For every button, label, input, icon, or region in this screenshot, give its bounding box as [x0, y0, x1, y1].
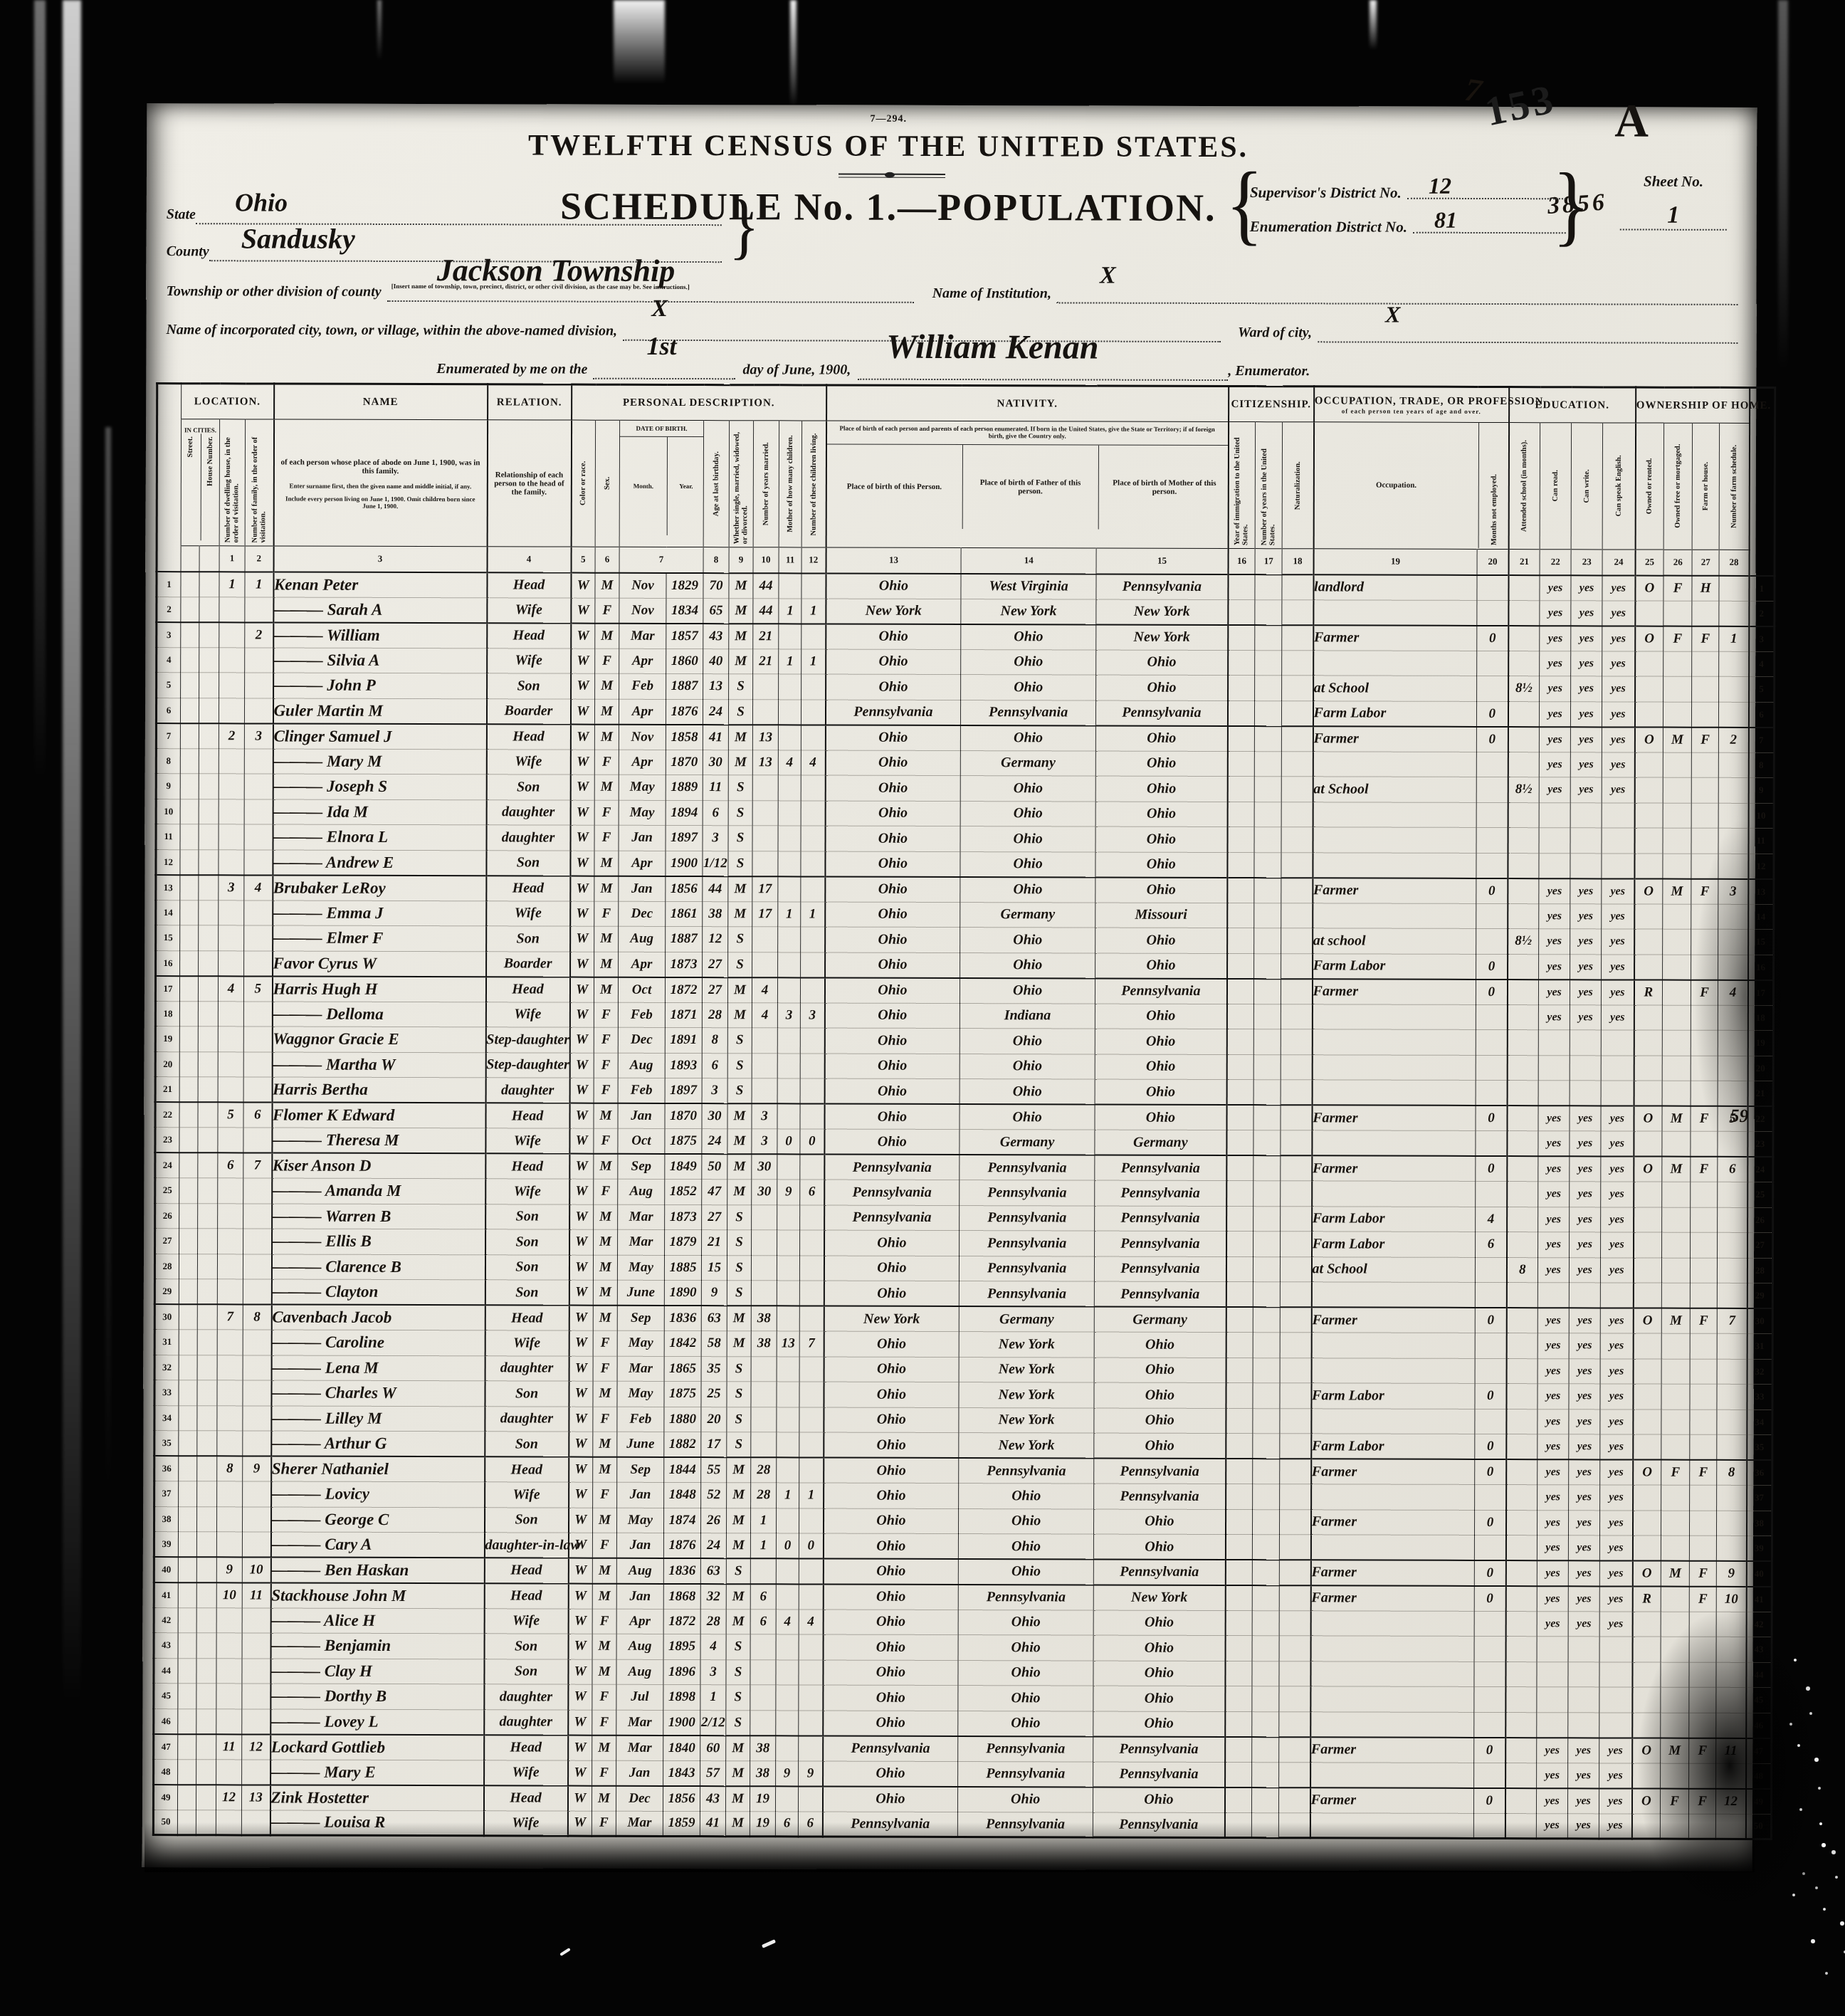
cell-years_in_us: [1253, 1155, 1281, 1181]
cell-relation: Son: [485, 1204, 569, 1229]
cell-house: [198, 1051, 218, 1077]
cell-sex: M: [593, 1432, 617, 1457]
enumerated-pre: Enumerated by me on the: [436, 361, 587, 379]
cell-sex: F: [593, 1330, 617, 1356]
cell-line: 16: [156, 950, 180, 976]
col16-header: Year of immigration to the United States…: [1228, 422, 1255, 549]
cell-street: [179, 1355, 197, 1380]
cell-school_months: 8: [1507, 1257, 1538, 1283]
cell-years_in_us: [1252, 1610, 1279, 1636]
cell-color: W: [570, 775, 594, 800]
cell-birth_year: 1871: [665, 1002, 702, 1028]
line-number-column-header: [1749, 387, 1775, 575]
enumerator-label: , Enumerator.: [1228, 363, 1310, 381]
cell-name: Sherer Nathaniel: [271, 1456, 485, 1482]
cell-birth_year: 1894: [666, 800, 703, 826]
cell-mother_of_children: [777, 1154, 800, 1180]
cell-birthplace_mother: Germany: [1095, 1130, 1226, 1155]
cell-months_not_employed: [1475, 1535, 1506, 1560]
cell-birthplace_mother: Ohio: [1095, 1029, 1226, 1054]
cell-line: 41: [154, 1582, 178, 1608]
cell-naturalization: [1281, 928, 1313, 954]
cell-can_read: yes: [1537, 1384, 1569, 1409]
cell-children_living: 1: [799, 1483, 824, 1508]
cell-birthplace: Ohio: [824, 1078, 960, 1104]
cell-name: ——— Benjamin: [270, 1633, 484, 1659]
cell-can_write: yes: [1571, 676, 1602, 702]
cell-children_living: [801, 775, 825, 801]
cell-birthplace_father: Ohio: [959, 1484, 1094, 1509]
cell-house: [198, 1128, 218, 1153]
cell-line-right: 31: [1747, 1333, 1772, 1359]
cell-naturalization: [1280, 1333, 1311, 1358]
cell-months_not_employed: [1476, 1055, 1507, 1081]
cell-birthplace_mother: Ohio: [1095, 725, 1227, 751]
cell-birthplace_mother: Pennsylvania: [1093, 1762, 1225, 1787]
cell-marital: S: [727, 1028, 752, 1054]
cell-birthplace_father: New York: [959, 1382, 1094, 1408]
cell-line: 27: [155, 1229, 179, 1254]
cell-birthplace_father: Pennsylvania: [958, 1585, 1093, 1610]
cell-owned_or_rented: R: [1632, 1586, 1661, 1612]
cell-months_not_employed: 0: [1475, 1434, 1506, 1459]
cell-line: 40: [154, 1557, 178, 1582]
cell-birthplace: Ohio: [823, 1660, 958, 1686]
citizenship-group: CITIZENSHIP.: [1229, 387, 1314, 422]
cell-immigration_year: [1226, 1383, 1253, 1409]
cell-children_living: 9: [799, 1760, 823, 1786]
cell-occupation: [1311, 1535, 1475, 1560]
cell-can_read: yes: [1539, 954, 1570, 980]
cell-name: Guler Martin M: [273, 698, 486, 724]
cell-color: W: [568, 1634, 592, 1659]
city-label: Name of incorporated city, town, or vill…: [166, 322, 617, 341]
cell-street: [178, 1633, 196, 1659]
cell-line-right: 26: [1747, 1207, 1773, 1233]
cell-family_no: [243, 1027, 272, 1052]
cell-naturalization: [1281, 802, 1313, 827]
cell-birthplace_mother: Ohio: [1093, 1711, 1225, 1737]
cell-can_speak_english: yes: [1602, 929, 1634, 955]
cell-occupation: Farm Labor: [1311, 1434, 1475, 1459]
cell-can_speak_english: yes: [1601, 1232, 1634, 1258]
cell-sex: F: [592, 1609, 616, 1634]
county-label: County: [167, 243, 209, 261]
cell-age: 24: [700, 1533, 726, 1559]
cell-farm_schedule_no: [1717, 1409, 1747, 1435]
cell-name: ——— Caroline: [271, 1330, 485, 1355]
cell-birthplace_father: Ohio: [960, 851, 1095, 877]
scan-shadow: [144, 1822, 1755, 1872]
state-county-brace: }: [729, 189, 759, 263]
cell-birth_year: 1898: [663, 1684, 700, 1710]
cell-children_living: [800, 1028, 824, 1054]
cell-birth_year: 1887: [666, 673, 703, 699]
cell-months_not_employed: 0: [1476, 1156, 1507, 1182]
cell-months_not_employed: [1476, 777, 1508, 802]
cell-school_months: [1508, 980, 1539, 1005]
cell-marital: S: [728, 952, 752, 977]
cell-can_speak_english: yes: [1600, 1485, 1633, 1511]
cell-birthplace_mother: Ohio: [1095, 1054, 1226, 1080]
cell-marital: M: [727, 1129, 752, 1155]
cell-family_no: 3: [244, 723, 273, 749]
cell-free_or_mortgaged: [1662, 1131, 1691, 1157]
cell-line-right: 28: [1747, 1258, 1773, 1283]
cell-can_write: yes: [1571, 651, 1602, 676]
cell-marital: S: [727, 1432, 751, 1458]
cell-owned_or_rented: [1634, 854, 1663, 879]
cell-free_or_mortgaged: [1661, 1409, 1690, 1435]
cell-age: 35: [701, 1356, 727, 1382]
township-note: [Insert name of township, town, precinct…: [391, 283, 690, 290]
cell-line-right: 36: [1747, 1460, 1772, 1486]
cell-years_in_us: [1253, 1282, 1280, 1308]
cell-birth_year: 1858: [666, 724, 703, 750]
cell-immigration_year: [1225, 1661, 1252, 1686]
cell-birthplace_mother: Germany: [1094, 1307, 1226, 1333]
cell-birth_month: Mar: [617, 1356, 664, 1382]
cell-farm_or_house: [1692, 651, 1719, 677]
cell-birthplace_mother: Pennsylvania: [1096, 574, 1228, 599]
cell-years_married: 28: [751, 1483, 777, 1508]
cell-farm_or_house: [1691, 777, 1718, 803]
cell-birthplace: Ohio: [826, 573, 961, 599]
cell-sex: M: [592, 1785, 616, 1811]
col8-header: Age at last birthday.: [703, 421, 729, 547]
cell-can_write: yes: [1569, 1459, 1600, 1485]
cell-occupation: [1311, 1333, 1475, 1358]
cell-mother_of_children: 9: [777, 1180, 800, 1205]
cell-years_married: [752, 927, 778, 952]
cell-house: [197, 1456, 217, 1481]
cell-color: W: [570, 699, 594, 725]
cell-occupation: [1311, 1282, 1475, 1308]
cell-can_read: yes: [1537, 1434, 1569, 1460]
census-row: 23——— Theresa MWifeWFOct187524M300OhioGe…: [155, 1128, 1773, 1157]
census-row: 16Favor Cyrus WBoarderWMApr187327SOhioOh…: [156, 950, 1774, 980]
cell-free_or_mortgaged: [1663, 676, 1692, 702]
cell-birthplace_father: Ohio: [960, 826, 1095, 852]
cell-birthplace: Pennsylvania: [824, 1155, 960, 1180]
supervisor-district-line: Supervisor's District No. 12: [1250, 167, 1570, 202]
cell-age: 52: [701, 1483, 727, 1508]
cell-months_not_employed: 0: [1474, 1585, 1505, 1611]
cell-can_write: yes: [1570, 929, 1602, 955]
cell-birth_month: May: [619, 800, 666, 826]
cell-relation: Wife: [487, 597, 571, 623]
cell-color: W: [568, 1558, 592, 1584]
census-row: 471112Lockard GottliebHeadWMMar184060M38…: [154, 1734, 1772, 1763]
cell-family_no: 1: [245, 572, 273, 597]
cell-sex: F: [592, 1533, 616, 1558]
cell-birthplace: Ohio: [823, 1634, 958, 1660]
cell-house: [199, 925, 219, 951]
cell-marital: M: [726, 1609, 750, 1634]
cell-farm_or_house: [1690, 1485, 1717, 1511]
census-row: 31——— CarolineWifeWFMay184258M38137OhioN…: [154, 1330, 1772, 1359]
cell-children_living: 0: [799, 1533, 823, 1559]
cell-relation: Son: [486, 850, 570, 876]
cell-house: [199, 849, 219, 875]
institution-label: Name of Institution,: [932, 285, 1051, 303]
cell-color: W: [570, 800, 594, 826]
cell-occupation: at School: [1313, 777, 1476, 802]
cell-birthplace_mother: Ohio: [1094, 1408, 1226, 1434]
cell-color: W: [570, 724, 594, 750]
cell-line: 49: [153, 1785, 177, 1810]
cell-years_in_us: [1253, 1130, 1281, 1156]
enumeration-district-value: 81: [1434, 207, 1457, 233]
cell-years_married: [750, 1634, 776, 1660]
cell-sex: F: [592, 1684, 616, 1710]
cell-months_not_employed: [1476, 752, 1508, 777]
cell-family_no: [244, 925, 273, 951]
cell-naturalization: [1281, 1206, 1312, 1232]
cell-farm_or_house: F: [1689, 1586, 1716, 1612]
cell-marital: M: [728, 876, 752, 902]
census-row: 39——— Cary Adaughter-in-lawWFJan187624M1…: [154, 1532, 1772, 1561]
cell-immigration_year: [1227, 751, 1254, 777]
cell-years_married: [752, 1078, 777, 1104]
cell-can_read: [1537, 1712, 1568, 1738]
cell-dwelling_no: [217, 1431, 243, 1456]
cell-farm_or_house: [1690, 1511, 1717, 1536]
census-row: 37——— LovicyWifeWFJan184852M2811OhioOhio…: [154, 1481, 1772, 1511]
film-streak: [34, 0, 46, 783]
cell-birthplace_father: Pennsylvania: [960, 1205, 1095, 1231]
cell-birthplace: Ohio: [824, 1432, 959, 1458]
cell-owned_or_rented: R: [1634, 980, 1663, 1005]
cell-can_write: yes: [1569, 1409, 1600, 1434]
cell-farm_or_house: [1690, 1384, 1717, 1409]
cell-months_not_employed: [1477, 676, 1508, 701]
cell-sex: M: [592, 1558, 616, 1584]
cell-free_or_mortgaged: [1662, 1207, 1691, 1233]
cell-can_write: [1570, 1055, 1601, 1081]
cell-birthplace: Ohio: [825, 725, 960, 750]
cell-mother_of_children: 13: [777, 1331, 799, 1357]
cell-relation: Wife: [485, 1330, 569, 1356]
relation-description: Relationship of each person to the head …: [487, 420, 571, 547]
cell-birth_month: Dec: [618, 1027, 665, 1053]
cell-years_married: [751, 1382, 777, 1407]
cell-name: ——— Theresa M: [272, 1128, 485, 1153]
cell-occupation: Farmer: [1311, 1509, 1475, 1535]
cell-farm_or_house: [1692, 702, 1719, 728]
cell-color: W: [569, 977, 594, 1002]
cell-months_not_employed: [1475, 1409, 1506, 1434]
cell-immigration_year: [1226, 1130, 1253, 1156]
cell-color: W: [568, 1659, 592, 1685]
cell-birthplace_father: Ohio: [960, 725, 1095, 751]
cell-relation: Head: [484, 1583, 568, 1609]
cell-birthplace_father: Ohio: [960, 1079, 1095, 1105]
cell-occupation: [1312, 1004, 1476, 1029]
cell-can_write: yes: [1569, 1434, 1600, 1460]
cell-children_living: [801, 573, 826, 599]
cell-children_living: [799, 1508, 824, 1533]
cell-can_write: yes: [1570, 878, 1602, 904]
cell-months_not_employed: [1476, 1181, 1507, 1207]
cell-immigration_year: [1225, 1585, 1252, 1611]
cell-birthplace: Ohio: [825, 952, 960, 978]
cell-free_or_mortgaged: M: [1662, 1106, 1691, 1132]
cell-mother_of_children: [777, 977, 800, 1003]
cell-children_living: 6: [800, 1180, 824, 1205]
census-row: 18——— DellomaWifeWFFeb187128M433OhioIndi…: [155, 1001, 1773, 1030]
cell-can_read: yes: [1538, 1131, 1570, 1157]
cell-occupation: [1313, 852, 1476, 878]
cell-family_no: [243, 1051, 272, 1077]
sheet-number-label: Sheet No.: [1595, 172, 1752, 191]
cell-dwelling_no: [218, 1128, 243, 1153]
cell-can_speak_english: [1600, 1283, 1633, 1308]
cell-farm_or_house: [1690, 1535, 1717, 1561]
cell-can_read: yes: [1540, 575, 1571, 601]
cell-family_no: [243, 1001, 272, 1027]
cell-immigration_year: [1227, 878, 1254, 903]
cell-immigration_year: [1226, 1484, 1253, 1510]
cell-school_months: [1506, 1510, 1537, 1535]
cell-can_read: yes: [1537, 1586, 1568, 1612]
cell-occupation: landlord: [1313, 574, 1477, 600]
census-row: 45——— Dorthy BdaughterWFJul18981SOhioOhi…: [154, 1684, 1772, 1713]
cell-color: W: [569, 1381, 593, 1407]
cell-birth_year: 1861: [666, 901, 703, 927]
cell-naturalization: [1280, 1358, 1311, 1383]
cell-birthplace: Ohio: [823, 1786, 958, 1812]
cell-children_living: [799, 1558, 823, 1584]
census-row: 6Guler Martin MBoarderWMApr187624SPennsy…: [156, 698, 1774, 727]
cell-name: ——— Silvia A: [273, 648, 487, 673]
cell-years_in_us: [1253, 1206, 1281, 1232]
cell-birth_year: 1849: [665, 1154, 702, 1180]
cell-naturalization: [1281, 1232, 1312, 1257]
cell-can_read: yes: [1539, 903, 1570, 929]
cell-months_not_employed: 0: [1474, 1560, 1505, 1586]
cell-birthplace: Ohio: [826, 674, 961, 700]
cell-relation: Step-daughter: [485, 1027, 569, 1053]
cell-years_in_us: [1253, 1256, 1281, 1282]
cell-street: [178, 1506, 196, 1532]
cell-name: ——— William: [273, 622, 487, 648]
cell-family_no: 9: [243, 1456, 271, 1481]
cell-line-right: 37: [1747, 1485, 1772, 1511]
cell-owned_or_rented: [1633, 1409, 1661, 1435]
cell-owned_or_rented: O: [1633, 1460, 1661, 1486]
cell-mother_of_children: [777, 1204, 800, 1230]
cell-sex: M: [594, 1204, 618, 1230]
census-row: 19Waggnor Gracie EStep-daughterWFDec1891…: [155, 1027, 1773, 1056]
cell-birth_month: May: [619, 775, 666, 800]
census-row: 21Harris BerthadaughterWFFeb18973SOhioOh…: [155, 1077, 1773, 1106]
cell-line-right: 5: [1749, 676, 1775, 702]
cell-relation: Son: [486, 926, 570, 952]
cell-children_living: [799, 1382, 824, 1407]
cell-street: [178, 1582, 196, 1608]
cell-months_not_employed: [1476, 853, 1508, 878]
cell-marital: S: [727, 1230, 752, 1256]
cell-birth_year: 1875: [665, 1128, 702, 1154]
cell-family_no: [245, 597, 273, 622]
cell-age: 8: [702, 1028, 727, 1054]
cell-birthplace_mother: Ohio: [1095, 802, 1227, 827]
cell-family_no: 12: [242, 1734, 270, 1760]
cell-color: W: [571, 572, 595, 598]
cell-line: 20: [155, 1051, 179, 1077]
cell-marital: S: [728, 826, 752, 851]
cell-dwelling_no: 2: [219, 723, 244, 749]
cell-birth_month: Mar: [619, 623, 666, 649]
col26-header: Owned free or mortgaged.: [1663, 423, 1692, 550]
cell-relation: daughter: [484, 1684, 568, 1710]
cell-school_months: [1507, 1030, 1538, 1056]
cell-farm_schedule_no: [1718, 1258, 1747, 1283]
cell-school_months: 8½: [1508, 777, 1539, 803]
cell-name: ——— Delloma: [272, 1002, 485, 1027]
cell-can_write: [1568, 1687, 1599, 1713]
cell-can_write: yes: [1568, 1586, 1599, 1612]
cell-immigration_year: [1226, 1080, 1253, 1106]
cell-relation: Boarder: [486, 698, 570, 724]
film-streak: [790, 0, 797, 107]
cell-can_speak_english: yes: [1599, 1560, 1632, 1586]
col15-header: Place of birth of Mother of this person.: [1098, 478, 1230, 498]
cell-name: Zink Hostetter: [270, 1785, 483, 1810]
cell-birthplace_father: Pennsylvania: [959, 1281, 1094, 1307]
cell-relation: Wife: [485, 1128, 569, 1154]
cell-relation: daughter: [484, 1709, 568, 1735]
occupation-subtitle: of each person ten years of age and over…: [1315, 407, 1508, 415]
cell-years_married: [752, 1230, 777, 1256]
cell-color: W: [568, 1760, 592, 1786]
cell-age: 26: [701, 1508, 727, 1533]
cell-naturalization: [1279, 1711, 1310, 1737]
cell-years_married: [752, 826, 778, 851]
cell-can_write: [1570, 1081, 1601, 1106]
cell-free_or_mortgaged: [1661, 1586, 1689, 1612]
cell-line-right: 32: [1747, 1359, 1772, 1385]
cell-marital: M: [727, 1103, 752, 1129]
cell-line-right: 41: [1746, 1586, 1772, 1612]
cell-children_living: [799, 1432, 824, 1458]
cell-family_no: [242, 1506, 270, 1532]
cell-name: ——— Joseph S: [273, 774, 486, 799]
cell-dwelling_no: [218, 1077, 243, 1103]
cell-farm_schedule_no: [1717, 1283, 1747, 1308]
cell-can_write: [1570, 802, 1602, 828]
cell-years_married: 44: [753, 573, 779, 599]
cell-dwelling_no: [218, 1001, 243, 1027]
cell-school_months: [1508, 853, 1539, 878]
cell-line: 21: [155, 1077, 179, 1103]
cell-can_write: [1570, 853, 1602, 878]
cell-relation: Son: [485, 1254, 569, 1280]
cell-can_speak_english: yes: [1599, 1738, 1632, 1763]
cell-children_living: 4: [801, 750, 825, 775]
cell-can_speak_english: [1602, 802, 1634, 828]
cell-mother_of_children: [778, 826, 801, 851]
cell-can_read: [1538, 1030, 1570, 1056]
cell-birthplace: Ohio: [826, 624, 961, 649]
cell-house: [197, 1355, 217, 1380]
cell-family_no: 11: [242, 1582, 270, 1608]
cell-years_in_us: [1252, 1560, 1279, 1585]
cell-birth_year: 1874: [664, 1508, 701, 1533]
cell-school_months: 8½: [1508, 929, 1539, 955]
cell-relation: Head: [485, 1153, 569, 1179]
